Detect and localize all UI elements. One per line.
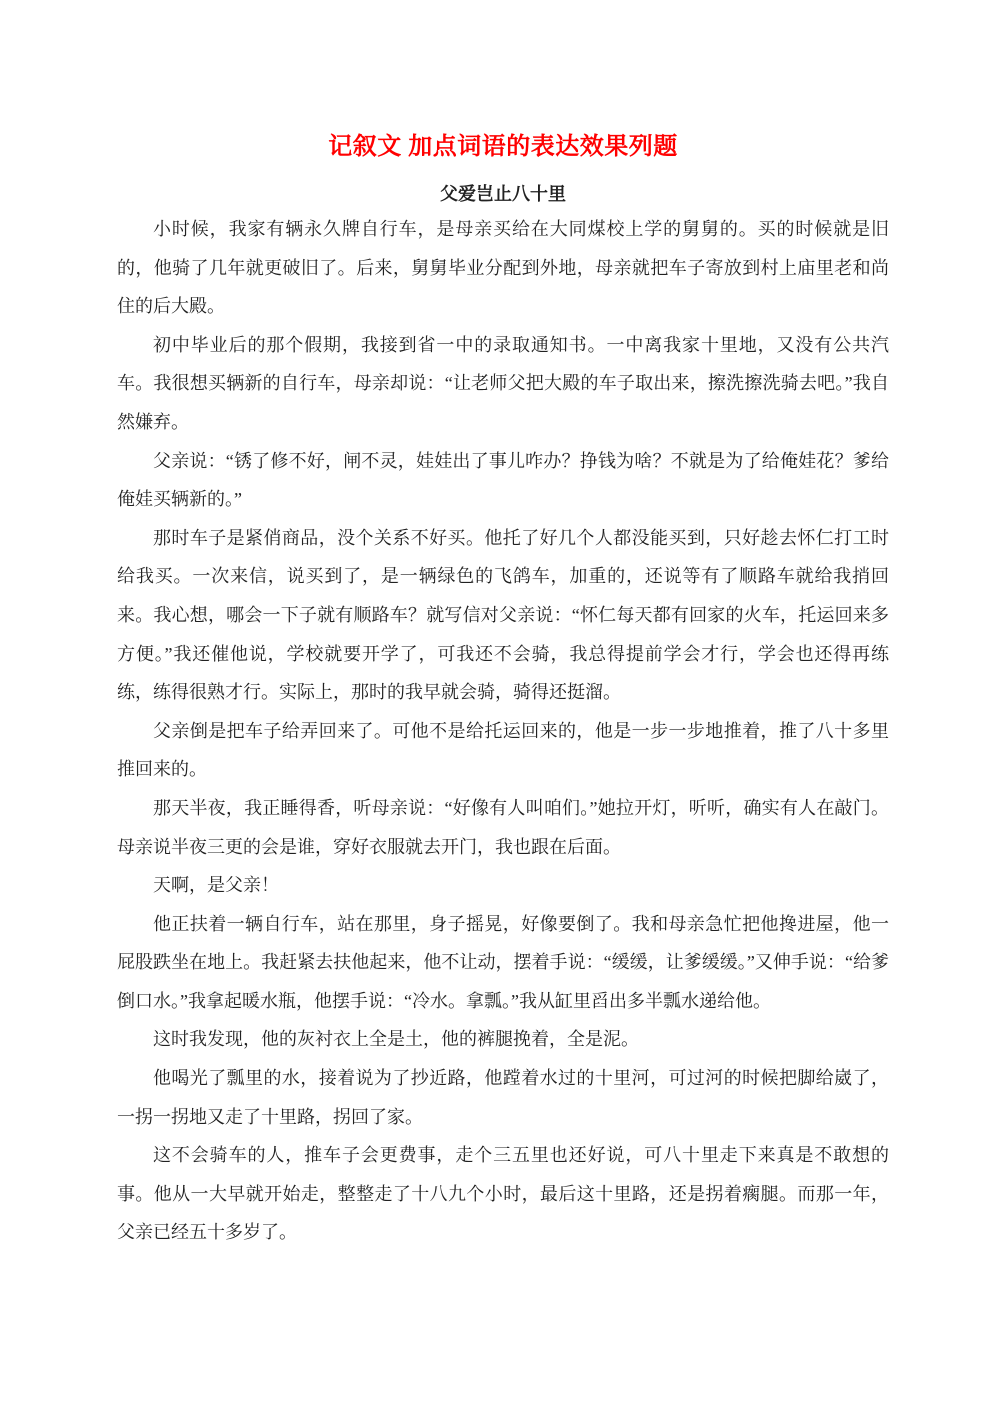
paragraph: 他喝光了瓢里的水，接着说为了抄近路，他蹚着水过的十里河，可过河的时候把脚给崴了，… [117,1059,889,1136]
paragraph: 这时我发现，他的灰衬衣上全是土，他的裤腿挽着，全是泥。 [117,1020,889,1059]
document-page: 记叙文 加点词语的表达效果列题 父爱岂止八十里 小时候，我家有辆永久牌自行车，是… [0,0,993,1404]
paragraph: 天啊，是父亲！ [117,866,889,905]
paragraph: 父亲倒是把车子给弄回来了。可他不是给托运回来的，他是一步一步地推着，推了八十多里… [117,712,889,789]
article-subtitle: 父爱岂止八十里 [117,182,889,206]
paragraph: 那天半夜，我正睡得香，听母亲说：“好像有人叫咱们。”她拉开灯，听听，确实有人在敲… [117,789,889,866]
paragraph: 那时车子是紧俏商品，没个关系不好买。他托了好几个人都没能买到，只好趁去怀仁打工时… [117,519,889,712]
paragraph: 他正扶着一辆自行车，站在那里，身子摇晃，好像要倒了。我和母亲急忙把他搀进屋，他一… [117,905,889,1021]
paragraph: 小时候，我家有辆永久牌自行车，是母亲买给在大同煤校上学的舅舅的。买的时候就是旧的… [117,210,889,326]
paragraph: 这不会骑车的人，推车子会更费事，走个三五里也还好说，可八十里走下来真是不敢想的事… [117,1136,889,1252]
paragraph: 父亲说：“锈了修不好，闸不灵，娃娃出了事儿咋办？挣钱为啥？不就是为了给俺娃花？爹… [117,442,889,519]
article-body: 小时候，我家有辆永久牌自行车，是母亲买给在大同煤校上学的舅舅的。买的时候就是旧的… [117,210,889,1252]
paragraph: 初中毕业后的那个假期，我接到省一中的录取通知书。一中离我家十里地，又没有公共汽车… [117,326,889,442]
page-title: 记叙文 加点词语的表达效果列题 [117,133,889,161]
